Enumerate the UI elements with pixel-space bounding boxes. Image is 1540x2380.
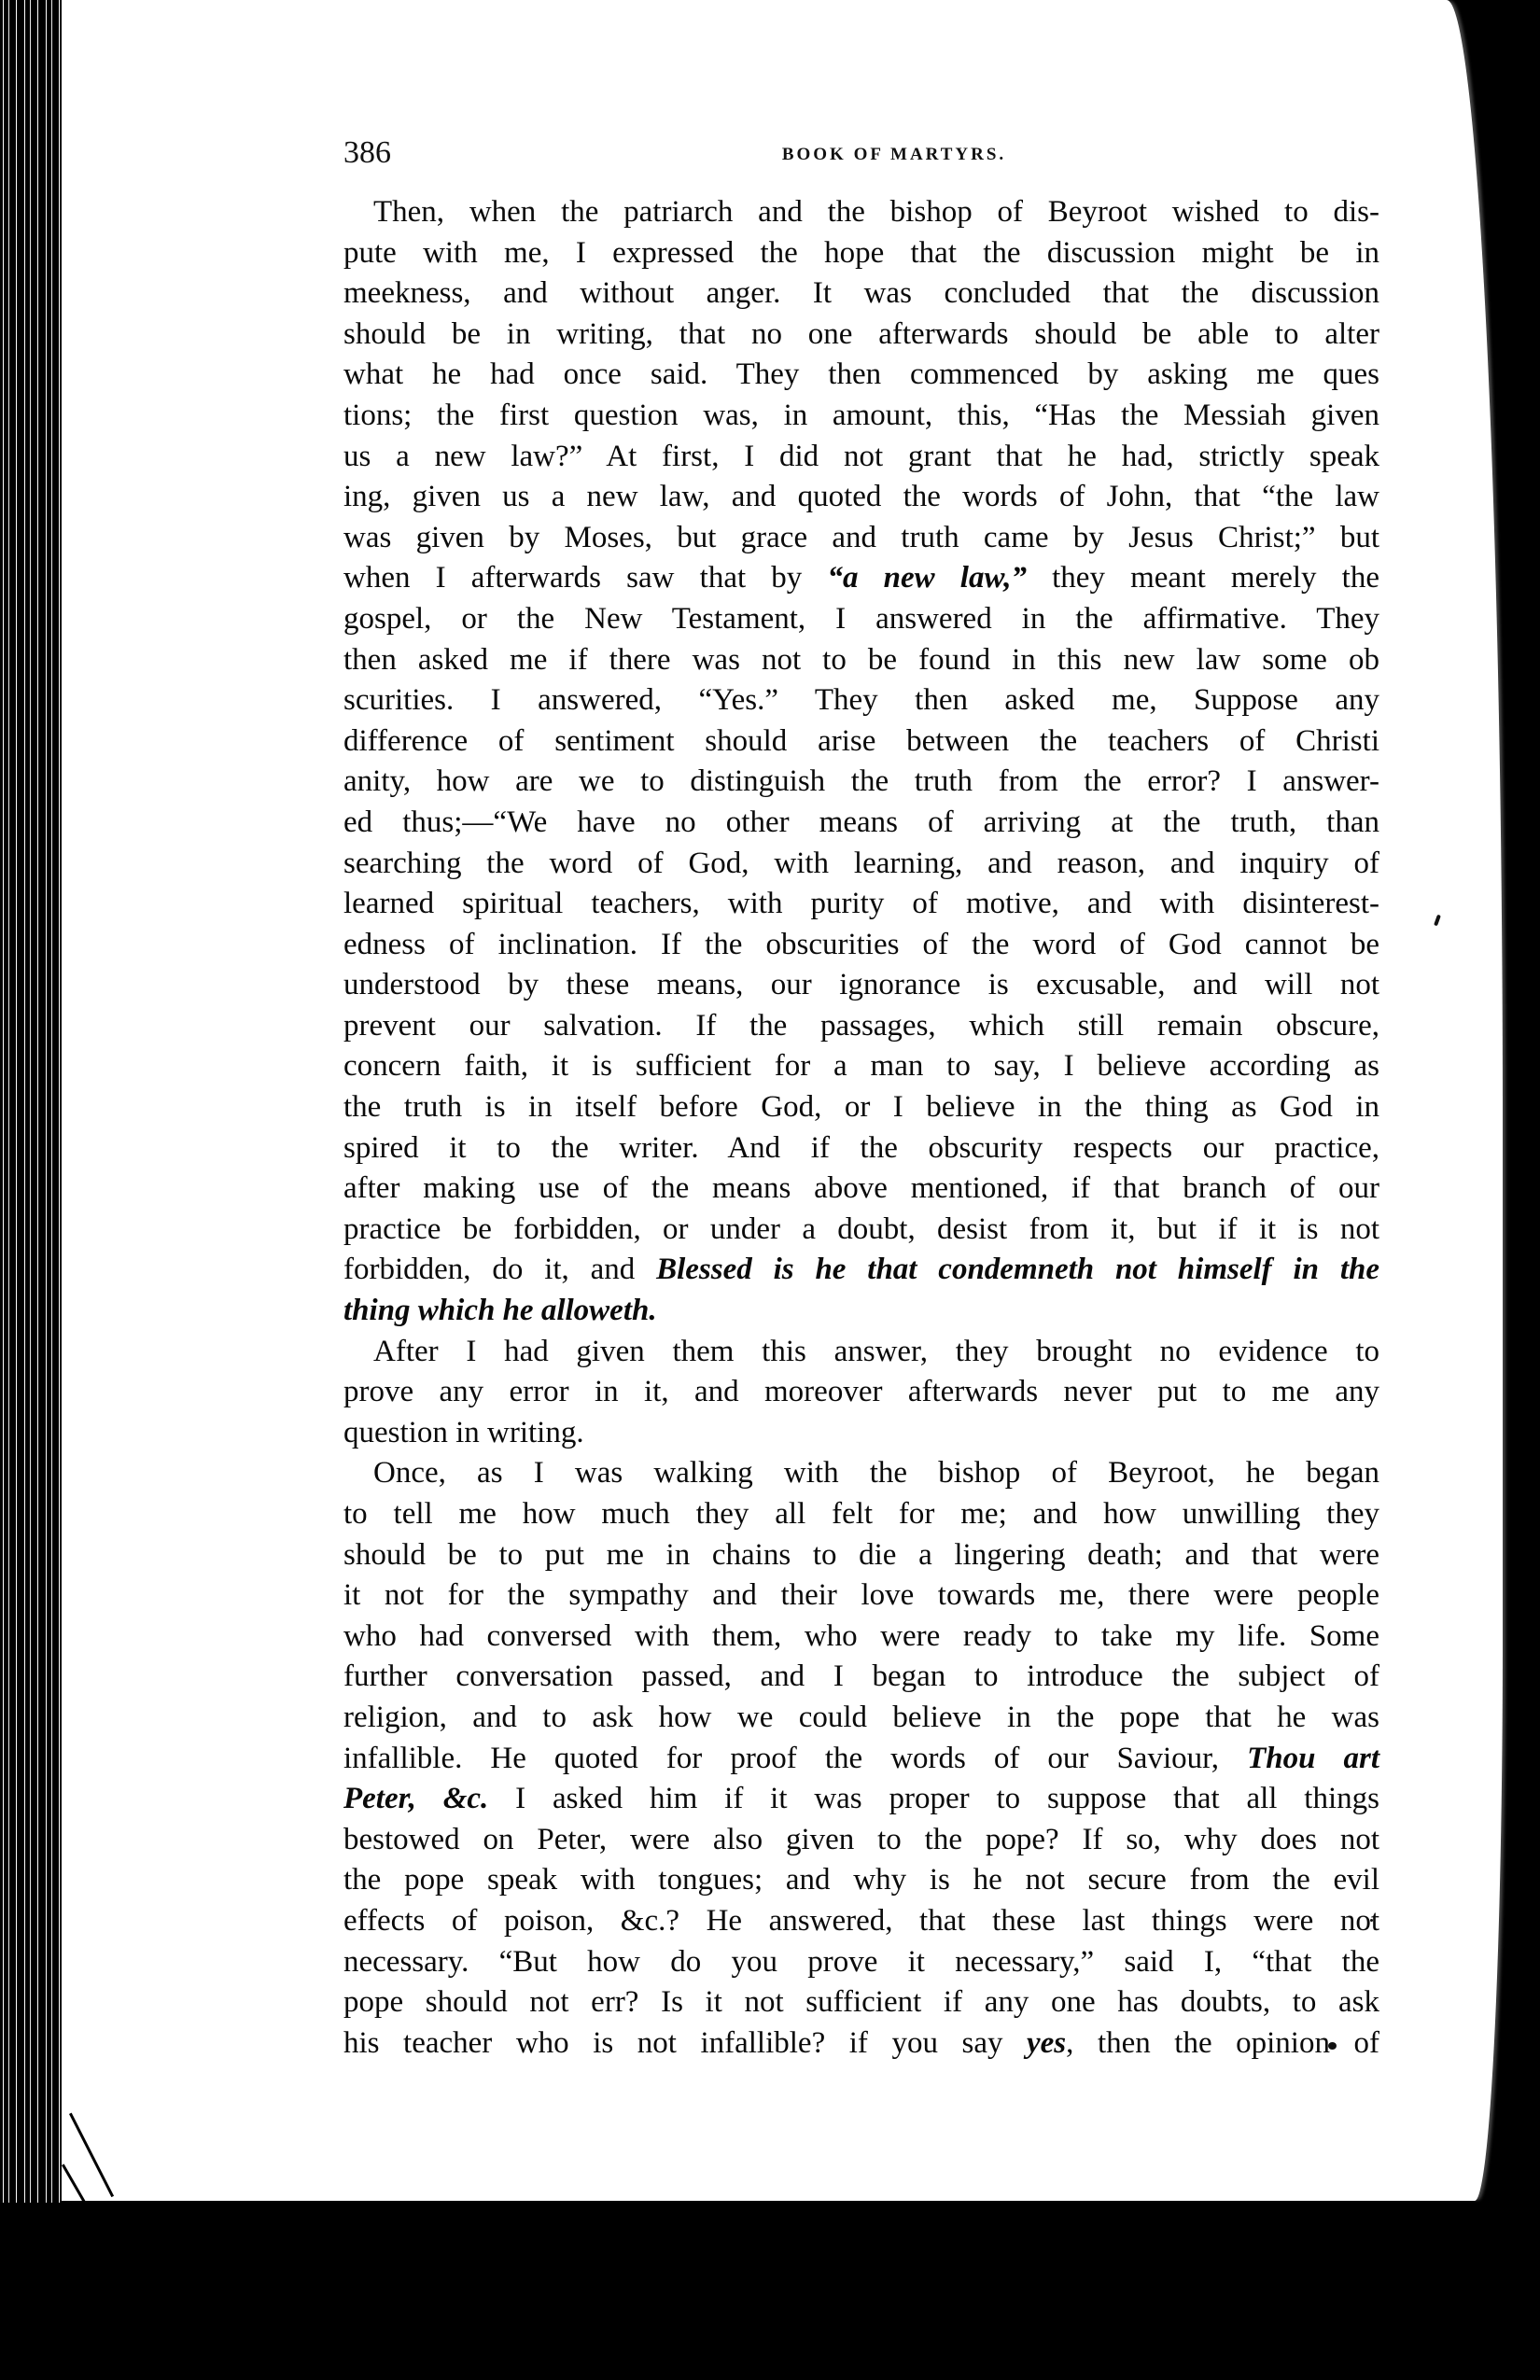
paragraph: Once, as I was walking with the bishop o…: [343, 1453, 1379, 2064]
text-line: Peter, &c. I asked him if it was proper …: [343, 1779, 1379, 1820]
text-line: understood by these means, our ignorance…: [343, 965, 1379, 1006]
text-line: After I had given them this answer, they…: [343, 1332, 1379, 1373]
text-line: then asked me if there was not to be fou…: [343, 640, 1379, 681]
italic-text-run: Peter, &c.: [343, 1782, 488, 1815]
text-line: effects of poison, &c.? He answered, tha…: [343, 1901, 1379, 1942]
text-line: religion, and to ask how we could believ…: [343, 1698, 1379, 1739]
text-line: ed thus;—“We have no other means of arri…: [343, 803, 1379, 844]
text-line: after making use of the means above ment…: [343, 1169, 1379, 1210]
text-line: ing, given us a new law, and quoted the …: [343, 477, 1379, 518]
text-line: question in writing.: [343, 1413, 1379, 1454]
text-line: practice be forbidden, or under a doubt,…: [343, 1210, 1379, 1251]
text-line: to tell me how much they all felt for me…: [343, 1494, 1379, 1535]
text-line: further conversation passed, and I began…: [343, 1657, 1379, 1698]
book-binding-edge: [0, 0, 63, 2203]
paragraph: Then, when the patriarch and the bishop …: [343, 192, 1379, 1332]
page-header: 386 BOOK OF MARTYRS.: [343, 133, 1379, 174]
text-line: should be in writing, that no one afterw…: [343, 315, 1379, 356]
text-line: difference of sentiment should arise bet…: [343, 721, 1379, 763]
text-line: Once, as I was walking with the bishop o…: [343, 1453, 1379, 1494]
text-line: anity, how are we to distinguish the tru…: [343, 762, 1379, 803]
text-line: meekness, and without anger. It was conc…: [343, 273, 1379, 315]
italic-text-run: Blessed is he that condemneth not himsel…: [656, 1253, 1379, 1286]
text-line: pute with me, I expressed the hope that …: [343, 233, 1379, 274]
text-line: it not for the sympathy and their love t…: [343, 1575, 1379, 1617]
text-line: necessary. “But how do you prove it nece…: [343, 1942, 1379, 1983]
text-run: they meant merely the: [1027, 561, 1379, 595]
ink-speck: [1370, 1919, 1373, 1922]
body-text: Then, when the patriarch and the bishop …: [343, 192, 1379, 2064]
text-line: his teacher who is not infallible? if yo…: [343, 2023, 1379, 2065]
text-run: forbidden, do it, and: [343, 1253, 656, 1286]
text-run: infallible. He quoted for proof the word…: [343, 1742, 1247, 1775]
text-line: Then, when the patriarch and the bishop …: [343, 192, 1379, 233]
text-line: edness of inclination. If the obscuritie…: [343, 925, 1379, 966]
text-run: when I afterwards saw that by: [343, 561, 827, 595]
text-line: forbidden, do it, and Blessed is he that…: [343, 1250, 1379, 1291]
text-line: prove any error in it, and moreover afte…: [343, 1372, 1379, 1413]
text-line: should be to put me in chains to die a l…: [343, 1535, 1379, 1576]
italic-text-run: “a new law,”: [827, 561, 1027, 595]
text-line: bestowed on Peter, were also given to th…: [343, 1820, 1379, 1861]
ink-speck: [1328, 2042, 1337, 2050]
text-line: pope should not err? Is it not sufficien…: [343, 1982, 1379, 2023]
text-line: what he had once said. They then commenc…: [343, 355, 1379, 396]
text-line: was given by Moses, but grace and truth …: [343, 518, 1379, 559]
text-line: gospel, or the New Testament, I answered…: [343, 599, 1379, 640]
text-line: infallible. He quoted for proof the word…: [343, 1739, 1379, 1780]
text-line: learned spiritual teachers, with purity …: [343, 884, 1379, 925]
text-line: us a new law?” At first, I did not grant…: [343, 437, 1379, 478]
running-head: BOOK OF MARTYRS.: [343, 134, 1379, 175]
italic-text-run: thing which he alloweth.: [343, 1294, 657, 1327]
italic-text-run: Thou art: [1247, 1742, 1379, 1775]
text-line: the pope speak with tongues; and why is …: [343, 1860, 1379, 1901]
paragraph: After I had given them this answer, they…: [343, 1332, 1379, 1454]
text-line: thing which he alloweth.: [343, 1291, 1379, 1332]
text-run: I asked him if it was proper to suppose …: [488, 1782, 1379, 1815]
text-run: his teacher who is not infallible? if yo…: [343, 2026, 1027, 2060]
text-line: concern faith, it is sufficient for a ma…: [343, 1046, 1379, 1087]
text-line: the truth is in itself before God, or I …: [343, 1087, 1379, 1128]
text-line: searching the word of God, with learning…: [343, 844, 1379, 885]
text-line: who had conversed with them, who were re…: [343, 1617, 1379, 1658]
text-line: scurities. I answered, “Yes.” They then …: [343, 680, 1379, 721]
text-line: prevent our salvation. If the passages, …: [343, 1006, 1379, 1047]
text-line: spired it to the writer. And if the obsc…: [343, 1128, 1379, 1169]
text-line: when I afterwards saw that by “a new law…: [343, 558, 1379, 599]
text-line: tions; the first question was, in amount…: [343, 396, 1379, 437]
italic-text-run: yes: [1027, 2026, 1066, 2060]
